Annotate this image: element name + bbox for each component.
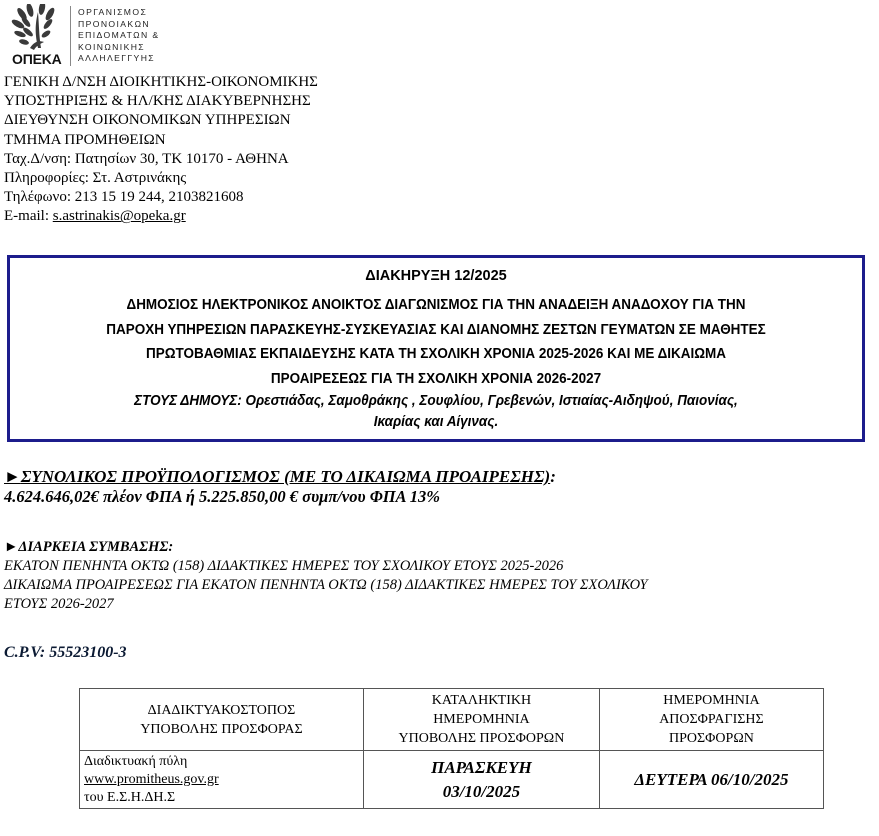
contract-duration-section: ►ΔΙΑΡΚΕΙΑ ΣΥΜΒΑΣΗΣ: ΕΚΑΤΟΝ ΠΕΝΗΝΤΑ ΟΚΤΩ … — [4, 538, 648, 614]
promitheus-link[interactable]: www.promitheus.gov.gr — [84, 772, 219, 787]
table-header-row: ΔΙΑΔΙΚΤΥΑΚΟΣΤΟΠΟΣ ΥΠΟΒΟΛΗΣ ΠΡΟΣΦΟΡΑΣ ΚΑΤ… — [80, 689, 824, 751]
postal-address: Ταχ.Δ/νση: Πατησίων 30, ΤΚ 10170 - ΑΘΗΝΑ — [4, 150, 318, 169]
municipalities: ΣΤΟΥΣ ΔΗΜΟΥΣ: Ορεστιάδας, Σαμοθράκης , Σ… — [40, 391, 832, 433]
bullet-icon: ► — [4, 539, 18, 555]
deadlines-table: ΔΙΑΔΙΚΤΥΑΚΟΣΤΟΠΟΣ ΥΠΟΒΟΛΗΣ ΠΡΟΣΦΟΡΑΣ ΚΑΤ… — [79, 688, 824, 809]
directorate: ΔΙΕΥΘΥΝΣΗ ΟΙΚΟΝΟΜΙΚΩΝ ΥΠΗΡΕΣΙΩΝ — [4, 111, 318, 130]
email-line: E-mail: s.astrinakis@opeka.gr — [4, 207, 318, 226]
announcement-number: ΔΙΑΚΗΡΥΞΗ 12/2025 — [10, 265, 862, 287]
sender-address-block: ΓΕΝΙΚΗ Δ/ΝΣΗ ΔΙΟΙΚΗΤΙΚΗΣ-ΟΙΚΟΝΟΜΙΚΗΣ ΥΠΟ… — [4, 73, 318, 227]
table-row: Διαδικτυακή πύλη www.promitheus.gov.gr τ… — [80, 751, 824, 809]
total-budget-section: ►ΣΥΝΟΛΙΚΟΣ ΠΡΟΫΠΟΛΟΓΙΣΜΟΣ (ΜΕ ΤΟ ΔΙΚΑΙΩΜ… — [4, 467, 556, 507]
email-link[interactable]: s.astrinakis@opeka.gr — [53, 208, 186, 224]
directorate-general-cont: ΥΠΟΣΤΗΡΙΞΗΣ & ΗΛ/ΚΗΣ ΔΙΑΚΥΒΕΡΝΗΣΗΣ — [4, 92, 318, 111]
header-submission-deadline: ΚΑΤΑΛΗΚΤΙΚΗ ΗΜΕΡΟΜΗΝΙΑ ΥΠΟΒΟΛΗΣ ΠΡΟΣΦΟΡΩ… — [363, 689, 599, 751]
budget-amount: 4.624.646,02€ πλέον ΦΠΑ ή 5.225.850,00 €… — [4, 487, 556, 507]
portal-cell: Διαδικτυακή πύλη www.promitheus.gov.gr τ… — [80, 751, 364, 809]
duration-line: ΕΤΟΥΣ 2026-2027 — [4, 595, 648, 614]
announcement-title: ΔΗΜΟΣΙΟΣ ΗΛΕΚΤΡΟΝΙΚΟΣ ΑΝΟΙΚΤΟΣ ΔΙΑΓΩΝΙΣΜ… — [40, 293, 832, 391]
phone-numbers: Τηλέφωνο: 213 15 19 244, 2103821608 — [4, 188, 318, 207]
submission-deadline-cell: ΠΑΡΑΣΚΕΥΗ 03/10/2025 — [363, 751, 599, 809]
directorate-general: ΓΕΝΙΚΗ Δ/ΝΣΗ ΔΙΟΙΚΗΤΙΚΗΣ-ΟΙΚΟΝΟΜΙΚΗΣ — [4, 73, 318, 92]
logo-divider — [70, 6, 71, 66]
bullet-icon: ► — [4, 467, 21, 486]
contact-person: Πληροφορίες: Στ. Αστρινάκης — [4, 169, 318, 188]
announcement-box: ΔΙΑΚΗΡΥΞΗ 12/2025 ΔΗΜΟΣΙΟΣ ΗΛΕΚΤΡΟΝΙΚΟΣ … — [7, 255, 865, 442]
header-submission-site: ΔΙΑΔΙΚΤΥΑΚΟΣΤΟΠΟΣ ΥΠΟΒΟΛΗΣ ΠΡΟΣΦΟΡΑΣ — [80, 689, 364, 751]
duration-line: ΔΙΚΑΙΩΜΑ ΠΡΟΑΙΡΕΣΕΩΣ ΓΙΑ ΕΚΑΤΟΝ ΠΕΝΗΝΤΑ … — [4, 576, 648, 595]
duration-heading: ►ΔΙΑΡΚΕΙΑ ΣΥΜΒΑΣΗΣ: — [4, 538, 648, 557]
organization-name: ΟΡΓΑΝΙΣΜΟΣ ΠΡΟΝΟΙΑΚΩΝ ΕΠΙΔΟΜΑΤΩΝ & ΚΟΙΝΩ… — [78, 7, 159, 65]
cpv-code: C.P.V: 55523100-3 — [4, 644, 127, 662]
department: ΤΜΗΜΑ ΠΡΟΜΗΘΕΙΩΝ — [4, 131, 318, 150]
header-opening-date: ΗΜΕΡΟΜΗΝΙΑ ΑΠΟΣΦΡΑΓΙΣΗΣ ΠΡΟΣΦΟΡΩΝ — [599, 689, 823, 751]
opening-date-cell: ΔΕΥΤΕΡΑ 06/10/2025 — [599, 751, 823, 809]
duration-line: ΕΚΑΤΟΝ ΠΕΝΗΝΤΑ ΟΚΤΩ (158) ΔΙΔΑΚΤΙΚΕΣ ΗΜΕ… — [4, 557, 648, 576]
budget-heading: ►ΣΥΝΟΛΙΚΟΣ ΠΡΟΫΠΟΛΟΓΙΣΜΟΣ (ΜΕ ΤΟ ΔΙΚΑΙΩΜ… — [4, 467, 550, 486]
brand-name: ΟΠΕΚΑ — [12, 51, 62, 67]
opeka-logo: ΟΠΕΚΑ ΟΡΓΑΝΙΣΜΟΣ ΠΡΟΝΟΙΑΚΩΝ ΕΠΙΔΟΜΑΤΩΝ &… — [8, 4, 198, 68]
